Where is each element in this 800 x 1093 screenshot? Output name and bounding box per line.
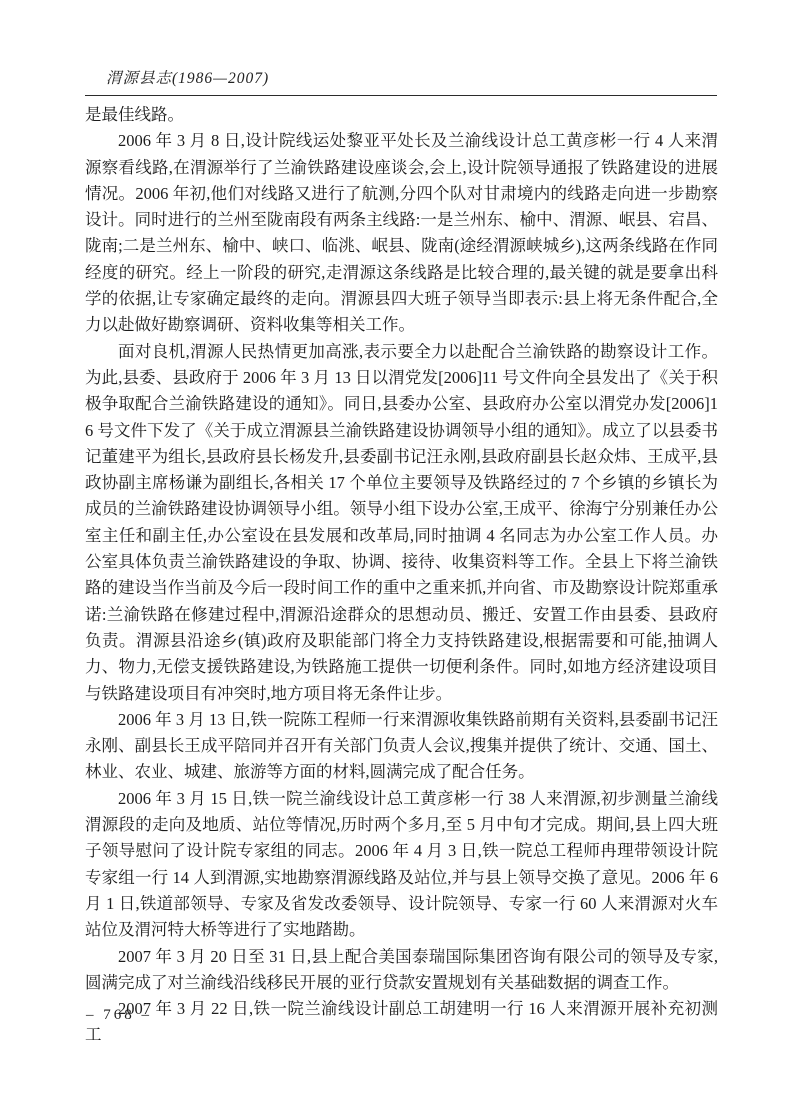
paragraph: 2006 年 3 月 8 日,设计院线运处黎亚平处长及兰渝线设计总工黄彦彬一行 … <box>85 128 718 338</box>
page-number: – 768 – <box>86 1007 152 1024</box>
book-title: 渭源县志(1986—2007) <box>106 66 269 88</box>
running-header: 渭源县志(1986—2007) <box>85 66 717 96</box>
scanned-book-page: 渭源县志(1986—2007) 是最佳线路。 2006 年 3 月 8 日,设计… <box>0 0 800 1093</box>
paragraph-continuation: 是最佳线路。 <box>85 102 718 128</box>
paragraph: 2006 年 3 月 13 日,铁一院陈工程师一行来渭源收集铁路前期有关资料,县… <box>85 707 718 786</box>
paragraph: 2007 年 3 月 22 日,铁一院兰渝线设计副总工胡建明一行 16 人来渭源… <box>85 996 718 1049</box>
paragraph: 面对良机,渭源人民热情更加高涨,表示要全力以赴配合兰渝铁路的勘察设计工作。为此,… <box>85 339 718 707</box>
paragraph: 2007 年 3 月 20 日至 31 日,县上配合美国泰瑞国际集团咨询有限公司… <box>85 944 718 997</box>
paragraph: 2006 年 3 月 15 日,铁一院兰渝线设计总工黄彦彬一行 38 人来渭源,… <box>85 786 718 944</box>
page-body-text: 是最佳线路。 2006 年 3 月 8 日,设计院线运处黎亚平处长及兰渝线设计总… <box>85 102 718 1049</box>
